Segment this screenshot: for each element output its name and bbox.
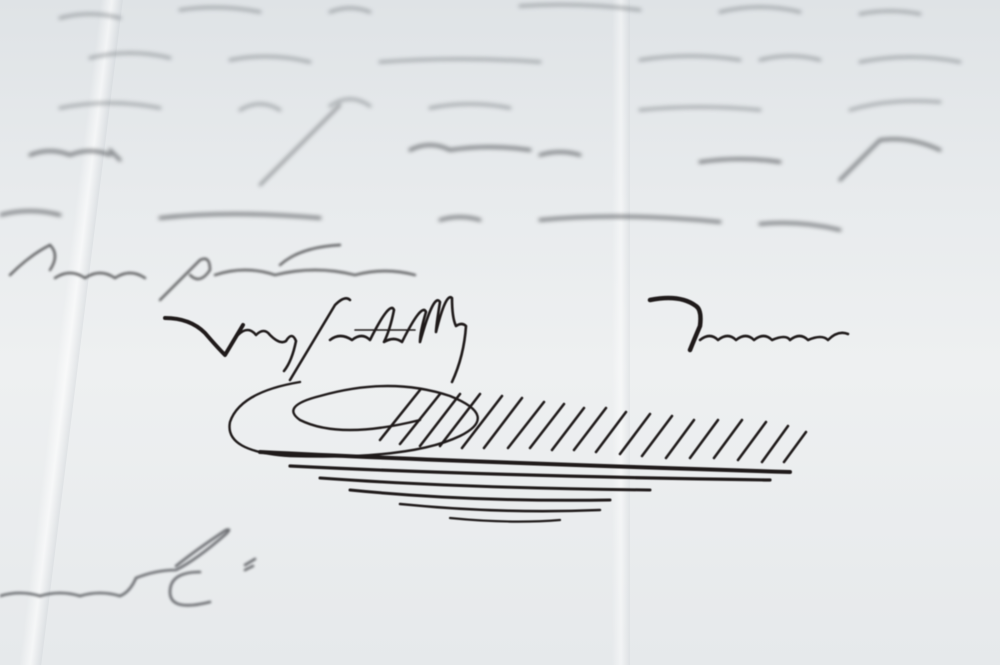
postscript-handwriting [0,0,1000,665]
letter-photo [0,0,1000,665]
